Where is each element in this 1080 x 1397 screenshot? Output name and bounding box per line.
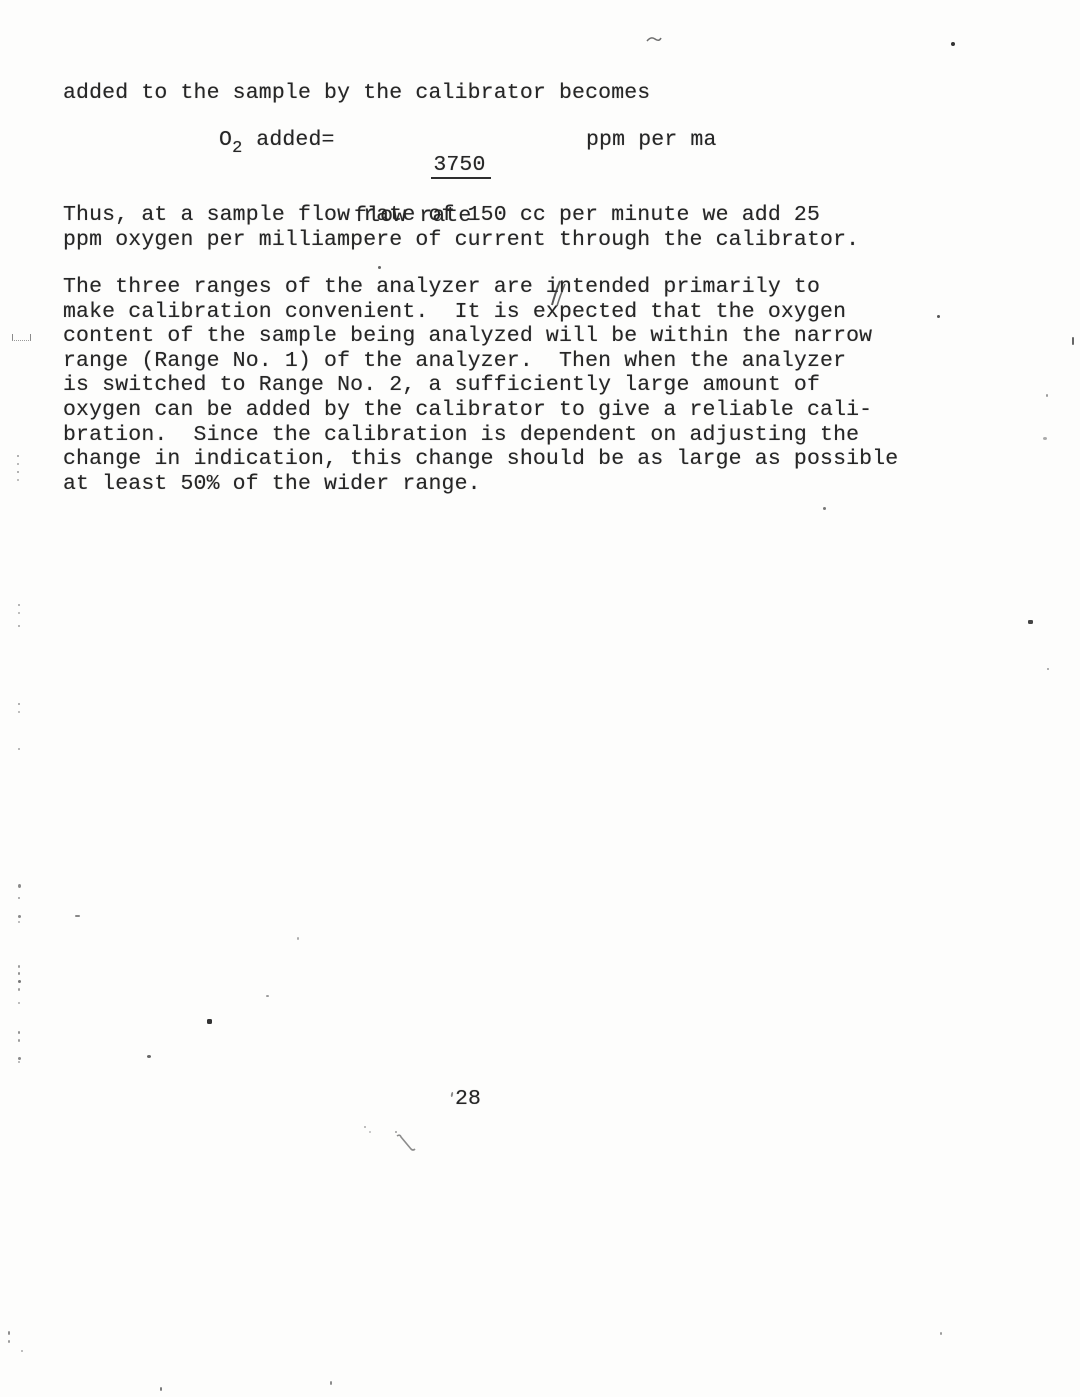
handwritten-overstrike-mark (546, 278, 574, 308)
scan-speck (21, 1350, 23, 1352)
oxygen-subscript: 2 (232, 139, 242, 158)
scan-speck (18, 972, 20, 975)
fraction-numerator: 3750 (431, 153, 490, 180)
page-number: 28 (455, 1087, 481, 1112)
scan-speck (1043, 437, 1047, 440)
scan-speck (1028, 620, 1033, 624)
scan-speck (451, 1092, 454, 1097)
scan-speck (951, 42, 955, 46)
paragraph-flow-rate: Thus, at a sample flow rate of 150 cc pe… (63, 203, 859, 252)
scan-speck (18, 915, 21, 918)
scan-speck (147, 1055, 151, 1058)
scan-speck (18, 604, 20, 606)
tilde-scan-mark (646, 34, 662, 44)
scan-speck (1047, 668, 1049, 670)
scan-speck (18, 625, 20, 627)
scan-speck (297, 937, 299, 940)
scan-speck (18, 965, 20, 968)
margin-bracket-mark (12, 334, 31, 341)
scan-speck (18, 1031, 20, 1034)
scan-speck (266, 995, 269, 997)
scan-speck (18, 703, 20, 705)
scan-speck (17, 463, 19, 465)
scan-speck (17, 455, 19, 457)
scan-speck (8, 1331, 10, 1335)
scan-speck (18, 921, 20, 923)
scan-speck (18, 748, 20, 750)
scan-speck (937, 315, 940, 318)
scan-speck (8, 1340, 10, 1343)
handwritten-squiggle-mark (393, 1128, 421, 1154)
scan-speck (75, 915, 80, 917)
scan-speck (18, 612, 20, 614)
document-page: added to the sample by the calibrator be… (0, 0, 1080, 1397)
scan-speck (823, 507, 826, 510)
scan-speck (364, 1126, 366, 1128)
scan-speck (18, 1057, 21, 1060)
scan-speck (18, 1039, 20, 1042)
scan-speck (1046, 394, 1048, 397)
scan-speck (330, 1381, 332, 1385)
scan-speck (17, 479, 19, 481)
scan-speck (1072, 337, 1074, 345)
scan-speck (18, 1061, 20, 1063)
scan-speck (18, 1002, 20, 1004)
formula-equals-label: added= (256, 128, 334, 152)
scan-speck (940, 1332, 942, 1335)
oxygen-symbol: O (219, 128, 232, 152)
scan-speck (18, 711, 20, 713)
formula-lhs: O2added= (219, 128, 335, 162)
paragraph-ranges: The three ranges of the analyzer are int… (63, 275, 898, 496)
scan-speck (18, 988, 20, 991)
scan-speck (18, 980, 21, 983)
scan-speck (18, 884, 21, 888)
intro-line: added to the sample by the calibrator be… (63, 81, 650, 106)
scan-speck (369, 1131, 371, 1133)
scan-speck (17, 471, 19, 473)
scan-speck (207, 1019, 212, 1024)
scan-speck (378, 266, 381, 269)
scan-speck (18, 897, 20, 899)
scan-speck (160, 1387, 162, 1391)
formula-unit: ppm per ma (586, 128, 717, 153)
